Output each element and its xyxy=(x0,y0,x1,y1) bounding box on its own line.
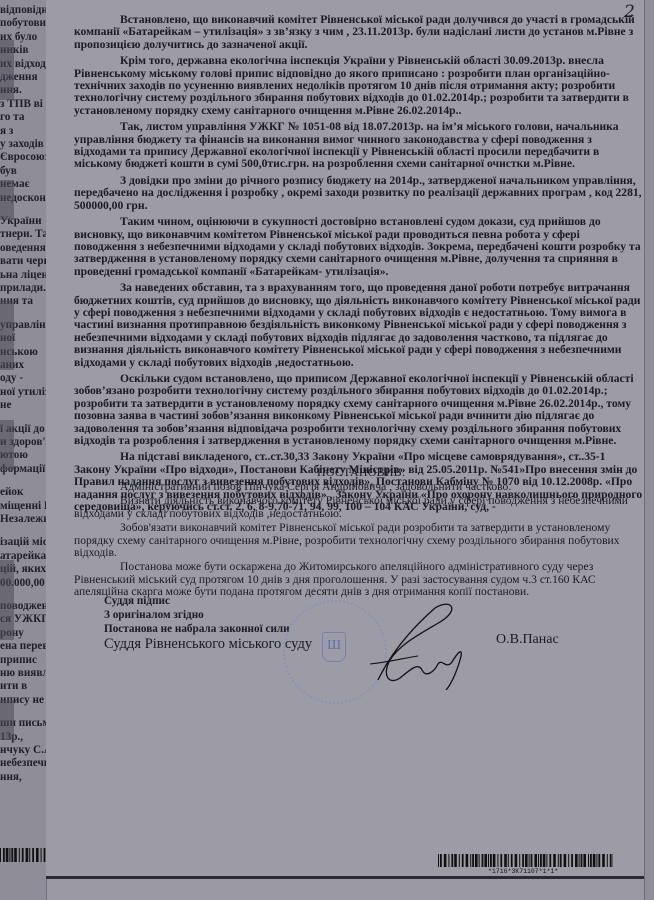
adjacent-page-fragment: міщенні П xyxy=(0,500,47,513)
paragraph-obligation: Оскільки судом встановлено, що приписом … xyxy=(74,373,644,447)
scan-smudge xyxy=(0,700,14,740)
page-right-edge xyxy=(644,0,654,900)
document-body: Встановлено, що виконавчий комітет Рівне… xyxy=(74,14,644,517)
adjacent-page-strip: відповіднопобутовихих булониківих відход… xyxy=(0,0,47,900)
trident-emblem-icon: Ш xyxy=(322,632,346,662)
decision-item: Зобов'язати виконавчий комітет Рівненськ… xyxy=(74,522,644,559)
adjacent-page-fragment: вати черво xyxy=(0,255,47,268)
decision-item: Визнати діяльність виконавчого комітету … xyxy=(74,495,644,520)
adjacent-page-fragment: ена перевір xyxy=(0,640,47,653)
adjacent-page-fragment: припис xyxy=(0,654,37,667)
adjacent-page-fragment: у заходів xyxy=(0,138,44,151)
adjacent-page-fragment: був xyxy=(0,165,17,178)
signature-line-2: З оригіналом згідно xyxy=(104,608,312,622)
adjacent-page-fragment: я з xyxy=(0,125,13,138)
scan-smudge xyxy=(0,420,14,470)
signature-block: Суддя підпис З оригіналом згідно Постано… xyxy=(104,594,312,652)
adjacent-page-fragment: побутових xyxy=(0,17,47,30)
adjacent-page-fragment: ьна ліценз xyxy=(0,269,47,282)
scan-smudge xyxy=(0,300,14,370)
adjacent-page-fragment: ння, xyxy=(0,771,22,784)
scan-smudge xyxy=(0,180,14,220)
adjacent-page-fragment: Незалежно xyxy=(0,513,47,526)
adjacent-page-barcode-icon xyxy=(0,848,46,862)
adjacent-page-fragment: оду - xyxy=(0,372,23,385)
paragraph-circumstances: За наведених обставин, та з врахуванням … xyxy=(74,282,644,369)
adjacent-page-fragment: не xyxy=(0,399,11,412)
paragraph-ecological-inspection: Крім того, державна екологічна інспекція… xyxy=(74,55,644,117)
adjacent-page-fragment: ізацій міст xyxy=(0,536,47,549)
adjacent-page-fragment: нчуку С.А xyxy=(0,744,47,757)
signature-line-3: Постанова не набрала законної сили xyxy=(104,622,312,636)
scan-smudge xyxy=(0,40,14,100)
adjacent-page-fragment: ної утиліза xyxy=(0,386,47,399)
signature-line-1: Суддя підпис xyxy=(104,594,312,608)
barcode-icon xyxy=(438,854,613,867)
adjacent-page-fragment: Євросоюзу xyxy=(0,151,47,164)
decision-item: Адміністративний позов Пінчука Сергія Ан… xyxy=(74,481,644,493)
judge-name: О.В.Панас xyxy=(496,632,559,648)
adjacent-page-fragment: го та xyxy=(0,111,24,124)
adjacent-page-fragment: ейок xyxy=(0,486,23,499)
paragraph-budget-reference: З довідки про зміни до річного розпису б… xyxy=(74,175,644,212)
adjacent-page-fragment: відповідно xyxy=(0,4,47,17)
adjacent-page-fragment: прилади. xyxy=(0,282,46,295)
scan-smudge xyxy=(0,560,14,640)
adjacent-page-fragment: ню виявле xyxy=(0,667,47,680)
page-edge-shadow xyxy=(46,876,654,879)
paragraph-batteries-campaign: Встановлено, що виконавчий комітет Рівне… xyxy=(74,14,644,51)
handwritten-signature-icon xyxy=(360,600,480,690)
barcode-number: *1716*3К71107*1*1* xyxy=(488,868,558,875)
adjacent-page-fragment: оведення xyxy=(0,242,46,255)
paragraph-court-conclusion: Таким чином, оцінюючи в сукупності досто… xyxy=(74,216,644,278)
paragraph-budget-letter: Так, листом управління УЖКГ № 1051-08 ві… xyxy=(74,121,644,171)
adjacent-page-fragment: тнери. Так xyxy=(0,228,47,241)
adjacent-page-fragment: небезпечн xyxy=(0,757,47,770)
ruling-decisions: Адміністративний позов Пінчука Сергія Ан… xyxy=(74,481,644,601)
adjacent-page-fragment: ити в xyxy=(0,680,27,693)
ruling-heading: ПОСТАНОВИВ: xyxy=(317,465,405,480)
judge-title: Суддя Рівненського міського суду xyxy=(104,636,312,652)
